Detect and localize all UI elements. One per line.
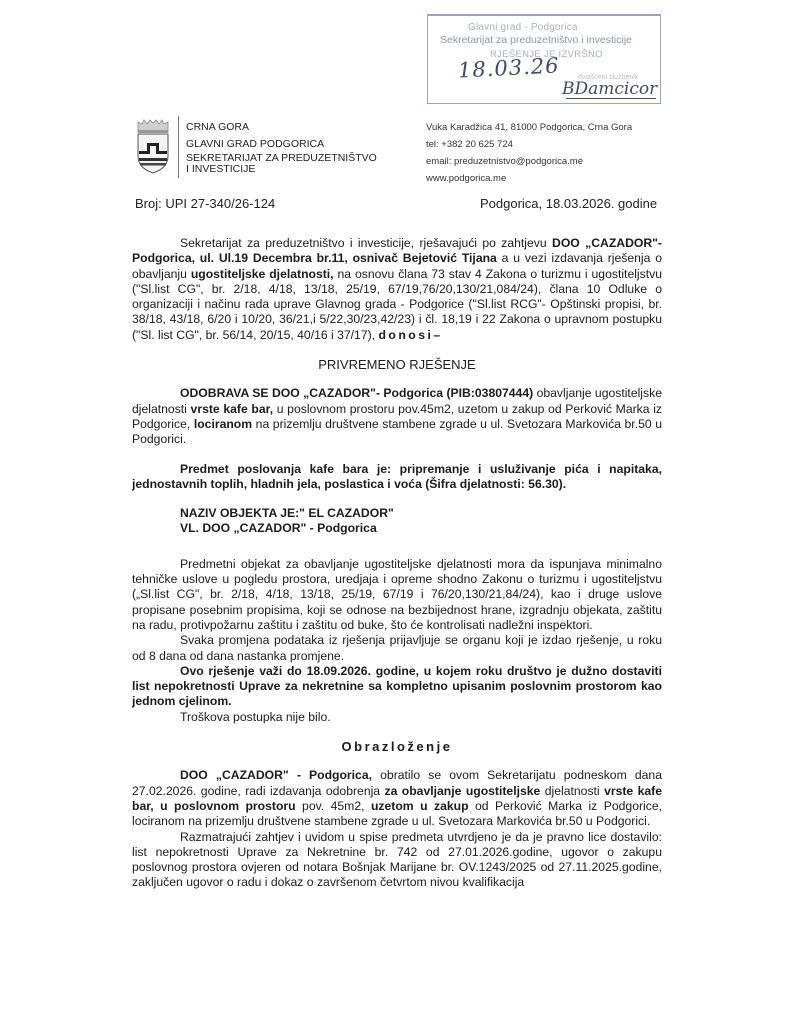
received-stamp: Glavni grad - Podgorica Sekretarijat za … [427,14,661,104]
contact-phone: tel: +382 20 625 724 [426,136,632,153]
place-and-date: Podgorica, 18.03.2026. godine [480,196,657,211]
org-city: GLAVNI GRAD PODGORICA [186,136,377,153]
object-name: NAZIV OBJEKTA JE:" EL CAZADOR" [132,506,662,521]
stamp-handwritten-date: 18.03.26 [457,53,560,82]
reference-number: Broj: UPI 27-340/26-124 [135,196,275,211]
contact-website: www.podgorica.me [426,170,632,187]
signature-underline [566,98,656,99]
stamp-line-2: Sekretarijat za preduzetništvo i investi… [440,34,632,46]
business-subject-paragraph: Predmet poslovanja kafe bara je: priprem… [132,462,662,493]
intro-paragraph: Sekretarijat za preduzetništvo i investi… [132,236,662,343]
stamp-line-1: Glavni grad - Podgorica [468,22,578,33]
letterhead-divider [178,116,179,178]
reasoning-paragraph-1: DOO „CAZADOR" - Podgorica, obratilo se o… [132,768,662,829]
organization-block: CRNA GORA GLAVNI GRAD PODGORICA SEKRETAR… [186,119,377,175]
coat-of-arms-icon [135,118,171,174]
org-secretariat-cont: I INVESTICIJE [186,164,377,175]
costs-paragraph: Troškova postupka nije bilo. [132,710,662,725]
contact-email: email: preduzetnistvo@podgorica.me [426,153,632,170]
decision-title: PRIVREMENO RJEŠENJE [132,357,662,372]
requirements-paragraph: Predmetni objekat za obavljanje ugostite… [132,557,662,633]
object-owner: VL. DOO „CAZADOR" - Podgorica [132,521,662,536]
stamp-signature: BDamcicor [562,79,657,99]
org-country: CRNA GORA [186,119,377,136]
change-notice-paragraph: Svaka promjena podataka iz rješenja prij… [132,633,662,664]
document-page: Glavni grad - Podgorica Sekretarijat za … [0,0,791,1024]
contact-block: Vuka Karadžica 41, 81000 Podgorica, Crna… [426,119,632,187]
reasoning-paragraph-2: Razmatrajući zahtjev i uvidom u spise pr… [132,830,662,891]
document-body: Sekretarijat za preduzetništvo i investi… [132,236,662,891]
reasoning-title: Obrazloženje [132,739,662,754]
validity-paragraph: Ovo rješenje važi do 18.09.2026. godine,… [132,664,662,710]
contact-address: Vuka Karadžica 41, 81000 Podgorica, Crna… [426,119,632,136]
decision-paragraph: ODOBRAVA SE DOO „CAZADOR"- Podgorica (PI… [132,386,662,447]
